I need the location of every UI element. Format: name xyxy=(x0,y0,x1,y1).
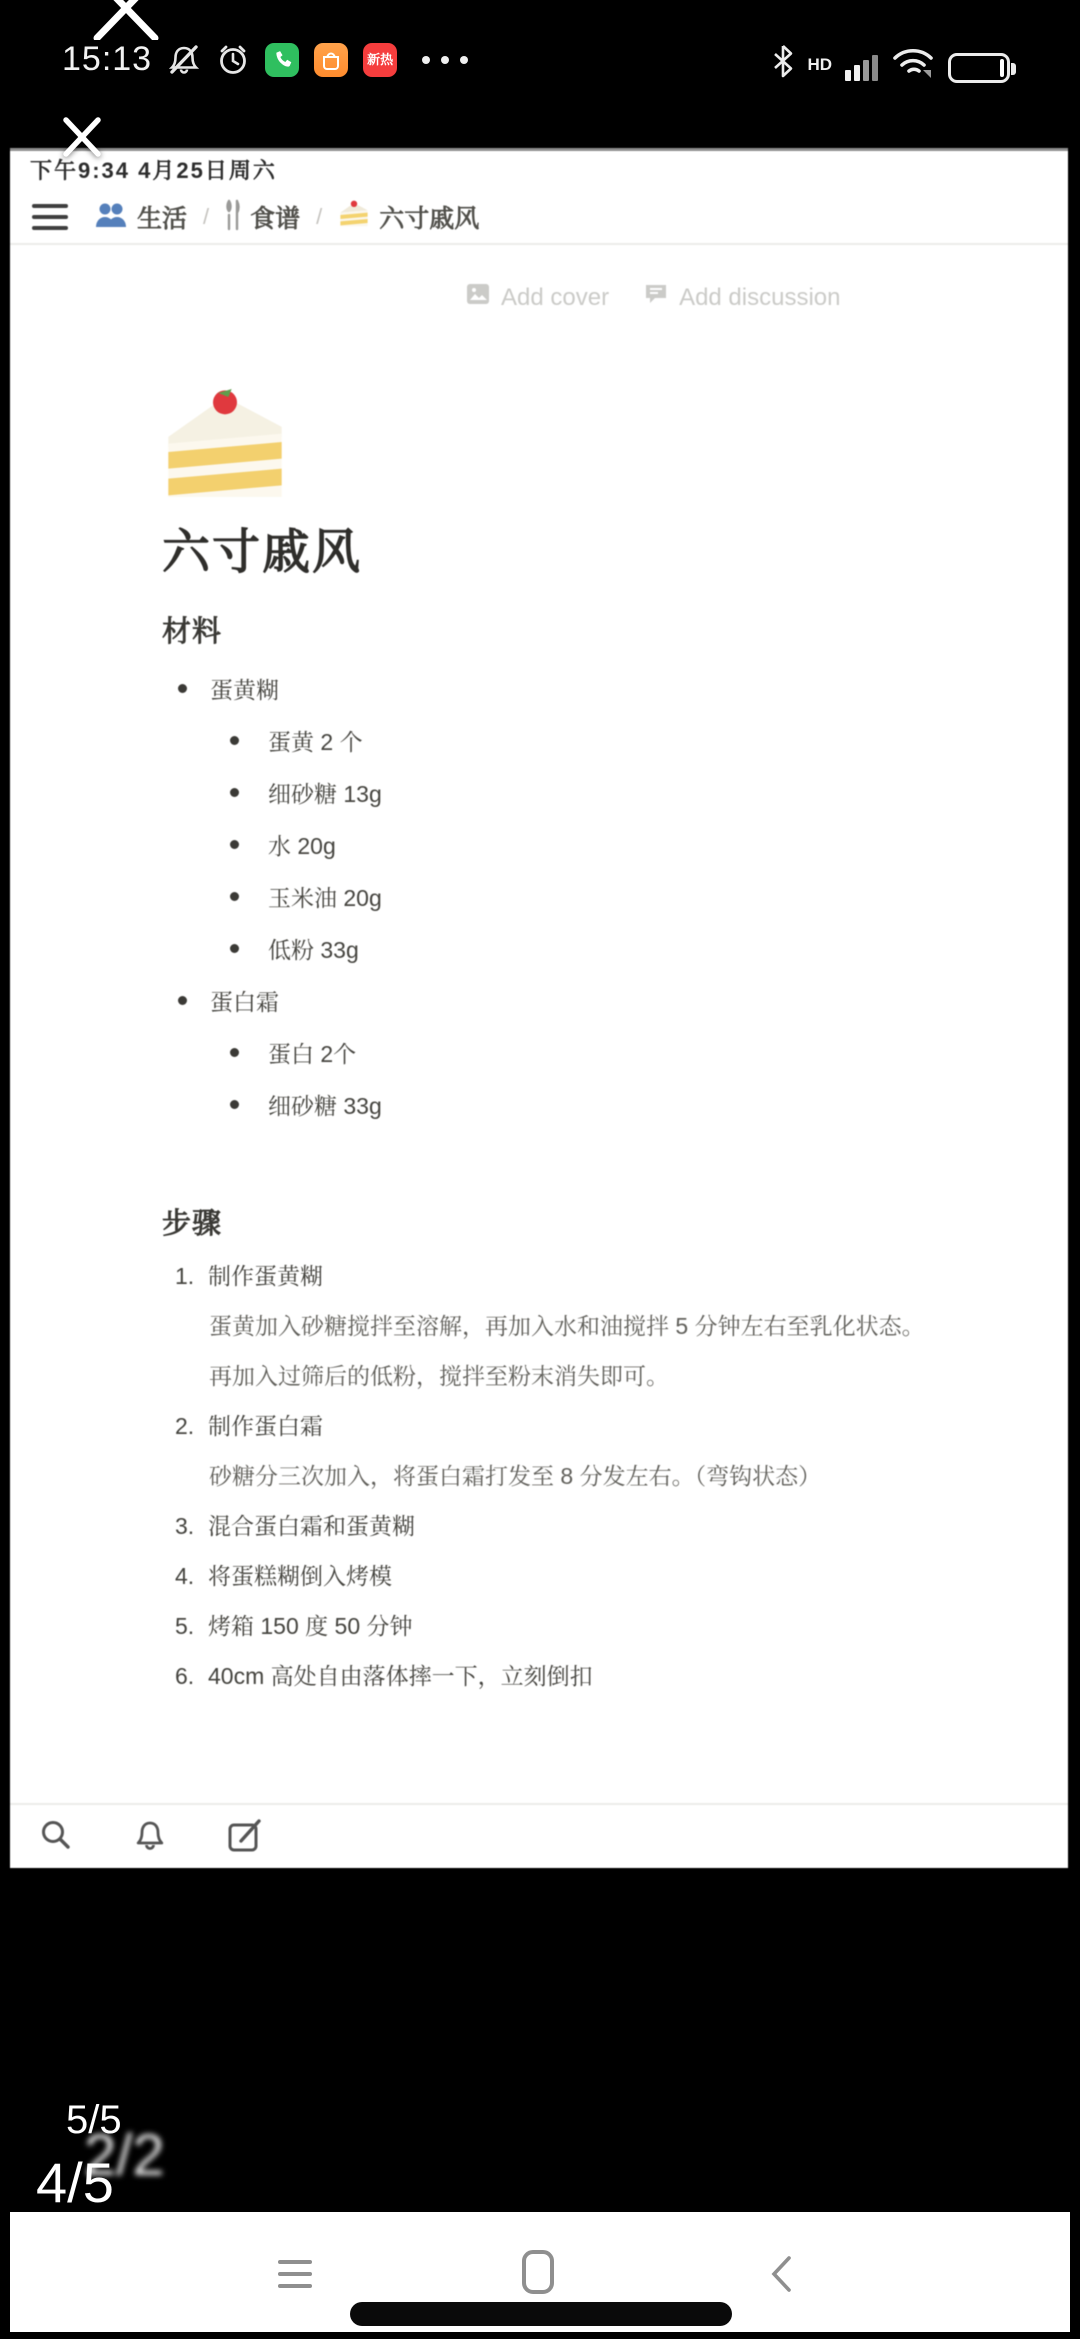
close-icon[interactable] xyxy=(92,0,160,45)
page-indicator: 4/5 xyxy=(36,2150,114,2215)
clock-time: 15:13 xyxy=(62,40,152,79)
breadcrumb-label: 六寸戚风 xyxy=(379,199,479,235)
header-divider xyxy=(10,243,1068,245)
breadcrumb-item-current[interactable]: 六寸戚风 xyxy=(338,199,479,236)
bullet-icon xyxy=(230,892,239,901)
step-detail: 砂糖分三次加入，将蛋白霜打发至 8 分发左右。（弯钩状态） xyxy=(162,1451,1048,1501)
status-bar-right: HD xyxy=(772,42,1010,85)
materials-list: 蛋黄糊 蛋黄 2 个 细砂糖 13g 水 20g 玉米油 20g 低粉 33g … xyxy=(162,662,1038,1130)
bullet-icon xyxy=(178,996,187,1005)
page-title: 六寸戚风 xyxy=(162,513,362,582)
bullet-icon xyxy=(178,684,187,693)
numbered-item: 3.混合蛋白霜和蛋黄糊 xyxy=(162,1501,1048,1551)
numbered-item: 5.烤箱 150 度 50 分钟 xyxy=(162,1601,1048,1651)
people-icon xyxy=(94,200,128,235)
bluetooth-icon xyxy=(772,42,794,85)
page-actions: Add cover Add discussion xyxy=(465,281,841,314)
inner-close-icon[interactable] xyxy=(62,116,102,163)
step-detail: 蛋黄加入砂糖搅拌至溶解，再加入水和油搅拌 5 分钟左右至乳化状态。 xyxy=(162,1301,1048,1351)
breadcrumb-label: 生活 xyxy=(137,199,187,235)
breadcrumb-item-recipes[interactable]: 食谱 xyxy=(225,199,300,236)
bell-icon[interactable] xyxy=(131,1817,169,1860)
hot-app-label: 新热 xyxy=(367,53,393,67)
steps-list: 1.制作蛋黄糊 蛋黄加入砂糖搅拌至溶解，再加入水和油搅拌 5 分钟左右至乳化状态… xyxy=(162,1251,1048,1701)
list-item: 水 20g xyxy=(162,818,1038,870)
bottom-toolbar xyxy=(10,1803,1068,1871)
bullet-icon xyxy=(230,840,239,849)
recents-icon[interactable] xyxy=(278,2260,312,2288)
numbered-item: 1.制作蛋黄糊 xyxy=(162,1251,1048,1301)
numbered-item: 4.将蛋糕糊倒入烤模 xyxy=(162,1551,1048,1601)
more-dots-icon[interactable] xyxy=(422,56,468,64)
phone-screen: 15:13 新热 xyxy=(0,0,1080,2339)
phone-app-icon[interactable] xyxy=(265,43,299,77)
image-icon xyxy=(465,281,491,314)
list-item: 蛋白 2个 xyxy=(162,1026,1038,1078)
battery-icon xyxy=(948,53,1010,83)
search-icon[interactable] xyxy=(37,1817,75,1860)
hot-app-icon[interactable]: 新热 xyxy=(363,43,397,77)
list-item: 蛋黄 2 个 xyxy=(162,714,1038,766)
notifications-muted-icon xyxy=(167,43,201,77)
fork-knife-icon xyxy=(225,199,241,236)
bullet-icon xyxy=(230,788,239,797)
list-item: 蛋黄糊 xyxy=(162,662,1038,714)
cake-icon xyxy=(338,199,370,236)
add-discussion-label: Add discussion xyxy=(679,284,840,312)
menu-icon[interactable] xyxy=(32,204,68,230)
status-bar-left: 15:13 新热 xyxy=(62,40,468,79)
breadcrumb-item-life[interactable]: 生活 xyxy=(94,199,187,235)
notion-page-screenshot: 下午9:34 4月25日周六 生活 / xyxy=(10,148,1068,1868)
numbered-item: 2.制作蛋白霜 xyxy=(162,1401,1048,1451)
list-item: 蛋白霜 xyxy=(162,974,1038,1026)
bullet-icon xyxy=(230,944,239,953)
breadcrumb: 生活 / 食谱 / xyxy=(32,193,479,241)
home-indicator-pill[interactable] xyxy=(350,2302,732,2326)
numbered-item: 6.40cm 高处自由落体摔一下，立刻倒扣 xyxy=(162,1651,1048,1701)
list-item: 细砂糖 13g xyxy=(162,766,1038,818)
breadcrumb-separator: / xyxy=(203,204,209,230)
page-emoji-cake[interactable] xyxy=(158,387,292,512)
list-item: 低粉 33g xyxy=(162,922,1038,974)
wifi-icon xyxy=(891,44,935,85)
bullet-icon xyxy=(230,1048,239,1057)
bottom-nav-bar xyxy=(10,2212,1070,2332)
bullet-icon xyxy=(230,1100,239,1109)
add-cover-button[interactable]: Add cover xyxy=(465,281,609,314)
add-discussion-button[interactable]: Add discussion xyxy=(643,281,840,314)
signal-icon xyxy=(845,55,878,81)
list-item: 玉米油 20g xyxy=(162,870,1038,922)
shop-app-icon[interactable] xyxy=(314,43,348,77)
steps-heading: 步骤 xyxy=(162,1201,222,1242)
breadcrumb-label: 食谱 xyxy=(250,199,300,235)
back-icon[interactable] xyxy=(768,2254,794,2299)
breadcrumb-separator: / xyxy=(316,204,322,230)
add-cover-label: Add cover xyxy=(501,284,609,312)
compose-icon[interactable] xyxy=(225,1816,265,1861)
alarm-clock-icon xyxy=(216,43,250,77)
comment-icon xyxy=(643,281,669,314)
bullet-icon xyxy=(230,736,239,745)
hd-badge: HD xyxy=(807,56,832,73)
step-detail: 再加入过筛后的低粉，搅拌至粉末消失即可。 xyxy=(162,1351,1048,1401)
home-icon[interactable] xyxy=(522,2250,554,2294)
list-item: 细砂糖 33g xyxy=(162,1078,1038,1130)
materials-heading: 材料 xyxy=(162,609,222,650)
